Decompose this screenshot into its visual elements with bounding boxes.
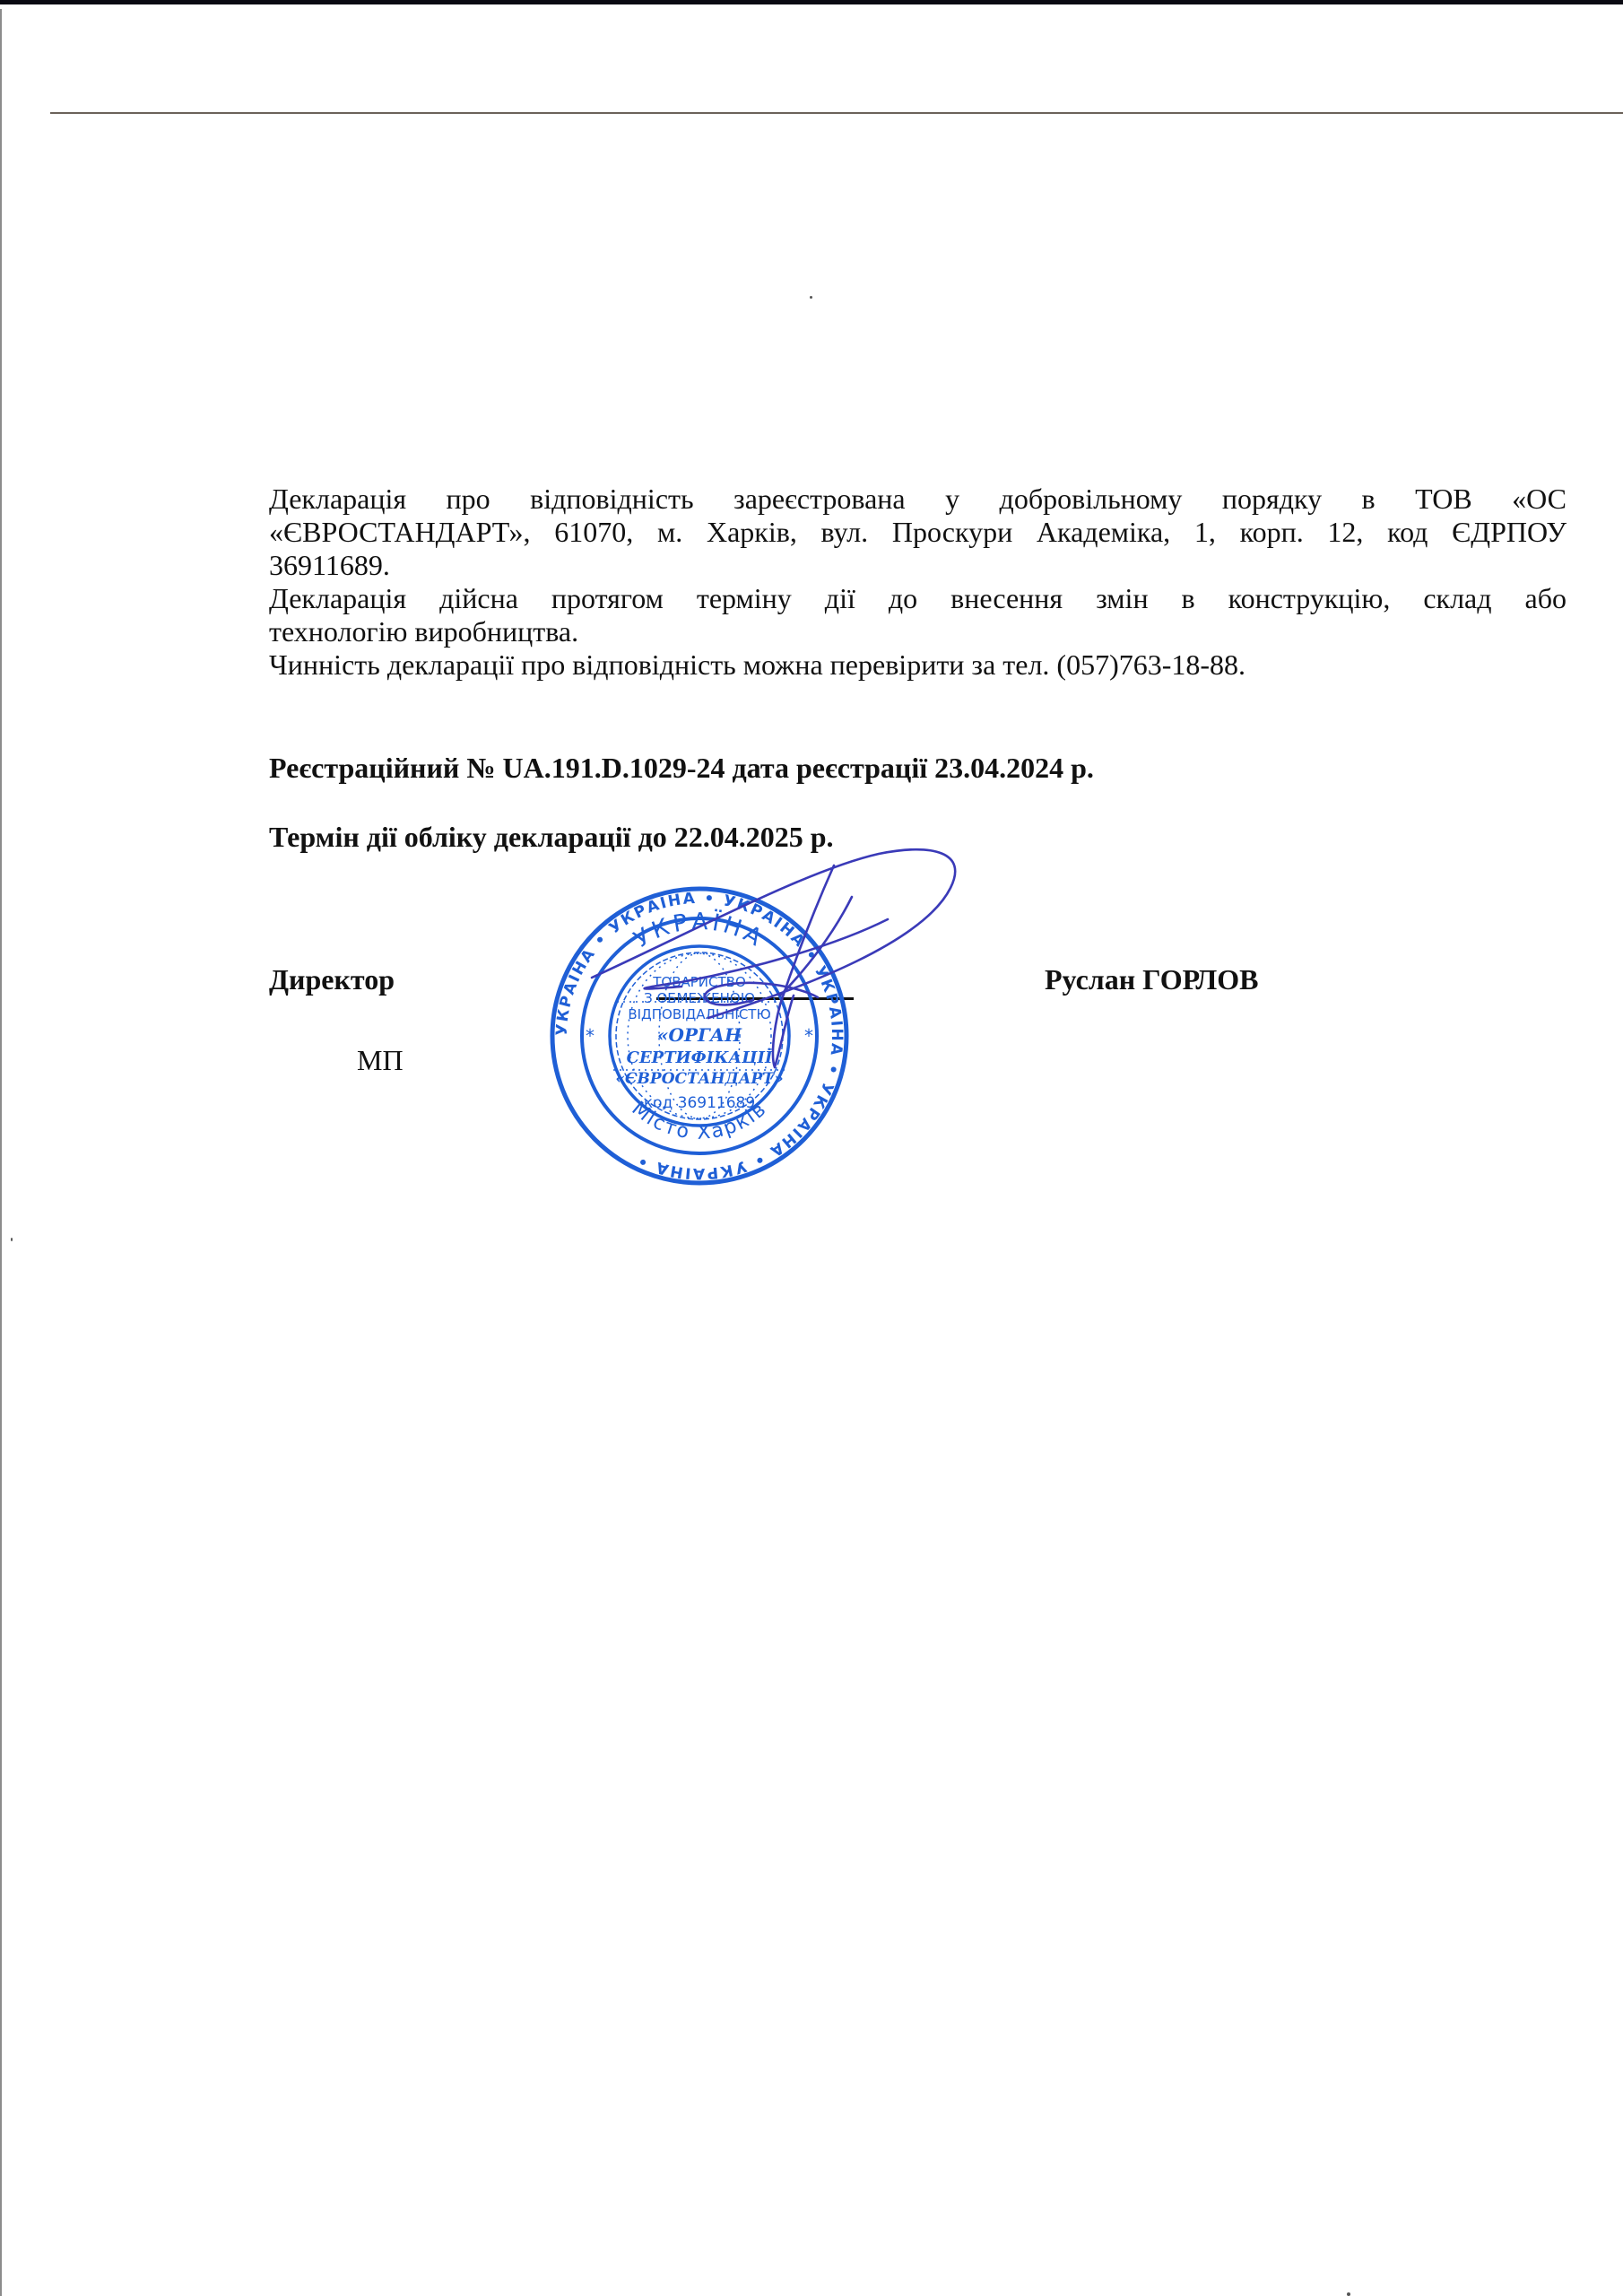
scan-speck (810, 296, 812, 299)
stamp-text-line: «ОРГАН (657, 1024, 742, 1046)
scan-speck (11, 1238, 13, 1241)
position-title: Директор (269, 963, 395, 996)
text-line: технологію виробництва. (269, 615, 1567, 648)
scan-top-border (0, 0, 1623, 4)
stamp-star-icon: * (586, 1025, 595, 1047)
text-line: 36911689. (269, 549, 1567, 582)
stamp-text-line: ВІДПОВІДАЛЬНІСТЮ (628, 1006, 770, 1022)
signatory-name: Руслан ГОРЛОВ (1045, 963, 1258, 996)
official-stamp-icon: УКРАЇНА • УКРАЇНА • УКРАЇНА • УКРАЇНА • … (549, 885, 850, 1187)
declaration-body: Декларація про відповідність зареєстрова… (269, 483, 1567, 682)
stamp-star-icon: * (804, 1025, 813, 1047)
paragraph-registration-info: Декларація про відповідність зареєстрова… (269, 483, 1567, 582)
paragraph-validity: Декларація дійсна протягом терміну дії д… (269, 582, 1567, 648)
text-line: «ЄВРОСТАНДАРТ», 61070, м. Харків, вул. П… (269, 516, 1567, 549)
stamp-text-line: СЕРТИФІКАЦІЇ (627, 1047, 774, 1067)
scan-speck (1347, 2292, 1350, 2296)
stamp-text-line: ТОВАРИСТВО (652, 974, 746, 990)
stamp-text-line: код 36911689 (644, 1094, 755, 1112)
registration-number-line: Реєстраційний № UA.191.D.1029-24 дата ре… (269, 752, 1094, 785)
validity-term-line: Термін дії обліку декларації до 22.04.20… (269, 821, 834, 854)
text-line: Чинність декларації про відповідність мо… (269, 648, 1567, 682)
text-line: Декларація дійсна протягом терміну дії д… (269, 582, 1567, 615)
stamp-text-line: «ЄВРОСТАНДАРТ» (615, 1070, 783, 1088)
paragraph-verification: Чинність декларації про відповідність мо… (269, 648, 1567, 682)
stamp-text-line: З ОБМЕЖЕНОЮ (644, 990, 755, 1006)
scanner-line (50, 112, 1623, 114)
seal-placeholder: МП (357, 1044, 404, 1077)
text-line: Декларація про відповідність зареєстрова… (269, 483, 1567, 516)
scan-left-edge (0, 9, 2, 2296)
